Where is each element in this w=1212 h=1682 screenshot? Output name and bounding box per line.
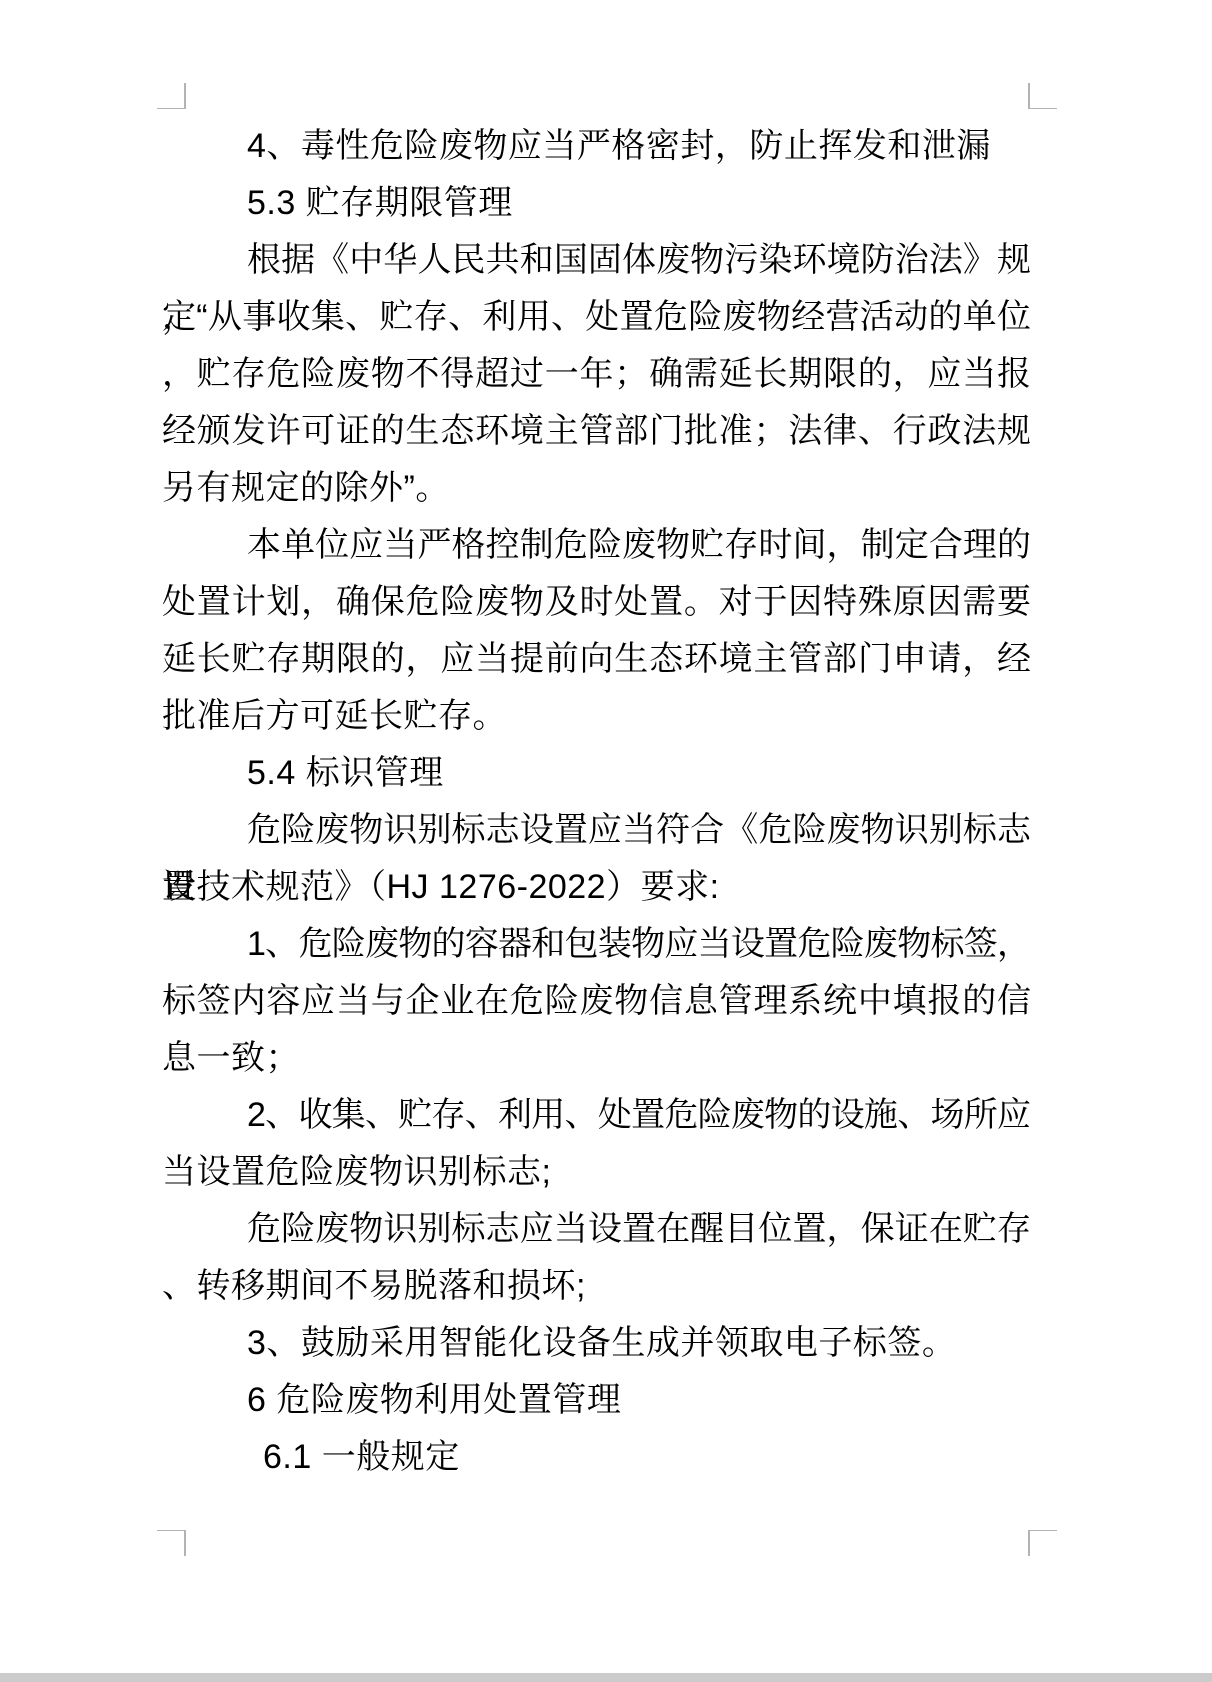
text-line: ，“从事收集、贮存、利用、处置危险废物经营活动的单位 bbox=[162, 289, 1030, 346]
crop-mark-bottom-left bbox=[157, 1530, 186, 1556]
text-line: 根据《中华人民共和国固体废物污染环境防治法》规定 bbox=[162, 232, 1030, 289]
text-line: 处置计划，确保危险废物及时处置。对于因特殊原因需要 bbox=[162, 574, 1030, 631]
text-line: 另有规定的除外”。 bbox=[162, 460, 1030, 517]
text-line: 经颁发许可证的生态环境主管部门批准；法律、行政法规 bbox=[162, 403, 1030, 460]
text-line: 置技术规范》（HJ 1276-2022）要求: bbox=[162, 859, 1030, 916]
text-line: 当设置危险废物识别标志; bbox=[162, 1144, 1030, 1201]
crop-mark-top-right bbox=[1028, 83, 1057, 109]
text-line: 5.4 标识管理 bbox=[162, 745, 1030, 802]
document-text-body: 4、毒性危险废物应当严格密封，防止挥发和泄漏5.3 贮存期限管理根据《中华人民共… bbox=[162, 118, 1030, 1486]
text-line: 危险废物识别标志应当设置在醒目位置，保证在贮存 bbox=[162, 1201, 1030, 1258]
text-line: 3、鼓励采用智能化设备生成并领取电子标签。 bbox=[162, 1315, 1030, 1372]
text-line: 6 危险废物利用处置管理 bbox=[162, 1372, 1030, 1429]
text-line: 1、危险废物的容器和包装物应当设置危险废物标签， bbox=[162, 916, 1030, 973]
text-line: 2、收集、贮存、利用、处置危险废物的设施、场所应 bbox=[162, 1087, 1030, 1144]
text-line: 5.3 贮存期限管理 bbox=[162, 175, 1030, 232]
text-line: 6.1 一般规定 bbox=[162, 1429, 1030, 1486]
text-line: 本单位应当严格控制危险废物贮存时间，制定合理的 bbox=[162, 517, 1030, 574]
page-bottom-bar bbox=[0, 1673, 1212, 1682]
text-line: 标签内容应当与企业在危险废物信息管理系统中填报的信 bbox=[162, 973, 1030, 1030]
text-line: 息一致； bbox=[162, 1030, 1030, 1087]
crop-mark-bottom-right bbox=[1028, 1530, 1057, 1556]
text-line: 、转移期间不易脱落和损坏; bbox=[162, 1258, 1030, 1315]
text-line: 延长贮存期限的，应当提前向生态环境主管部门申请，经 bbox=[162, 631, 1030, 688]
text-line: 危险废物识别标志设置应当符合《危险废物识别标志设 bbox=[162, 802, 1030, 859]
text-line: ，贮存危险废物不得超过一年；确需延长期限的，应当报 bbox=[162, 346, 1030, 403]
text-line: 4、毒性危险废物应当严格密封，防止挥发和泄漏 bbox=[162, 118, 1030, 175]
document-page: 4、毒性危险废物应当严格密封，防止挥发和泄漏5.3 贮存期限管理根据《中华人民共… bbox=[0, 0, 1212, 1682]
crop-mark-top-left bbox=[157, 83, 186, 109]
text-line: 批准后方可延长贮存。 bbox=[162, 688, 1030, 745]
